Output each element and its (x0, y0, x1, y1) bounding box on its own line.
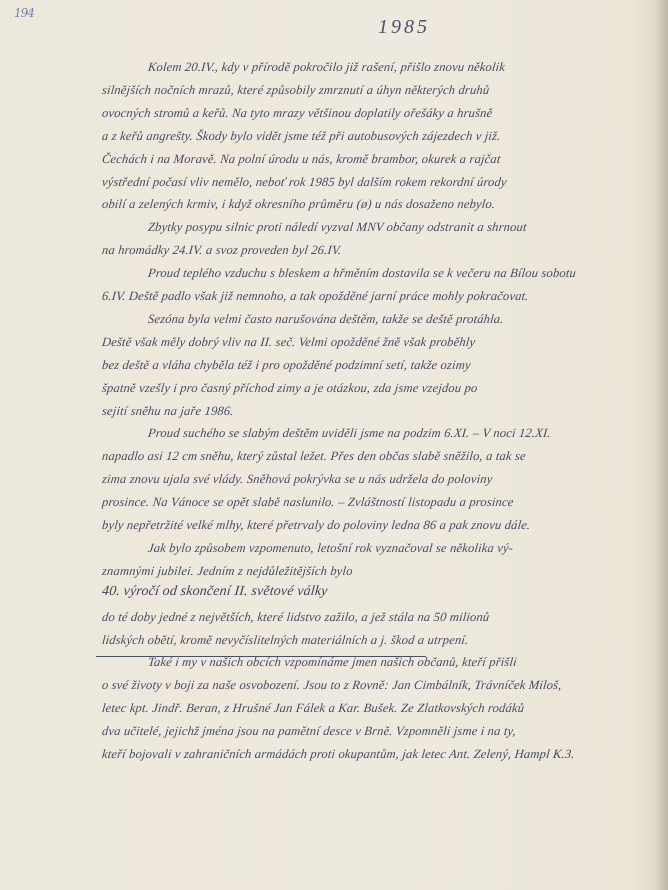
page-number: 194 (14, 6, 34, 20)
text-line: Proud suchého se slabým deštěm uviděli j… (147, 426, 655, 441)
text-line: obilí a zelených krmiv, i když okresního… (101, 197, 655, 212)
text-line: prosince. Na Vánoce se opět slabě naslun… (101, 495, 655, 510)
text-line: letec kpt. Jindř. Beran, z Hrušné Jan Fá… (101, 701, 655, 716)
text-line: silnějších nočních mrazů, které způsobil… (101, 83, 655, 98)
text-line: výstřední počasí vliv nemělo, neboť rok … (101, 175, 655, 190)
text-line: Sezóna byla velmi často narušována deště… (147, 312, 655, 327)
text-line: špatně vzešly i pro časný příchod zimy a… (101, 381, 655, 396)
text-line: o své životy v boji za naše osvobození. … (101, 678, 655, 693)
text-line: Také i my v našich obcích vzpomínáme jme… (147, 655, 655, 670)
chronicle-page: 194 1985 Kolem 20.IV., kdy v přírodě pok… (0, 0, 668, 890)
text-line: 6.IV. Deště padlo však již nemnoho, a ta… (101, 289, 655, 304)
year-heading: 1985 (378, 16, 430, 39)
text-line: do té doby jedné z největších, které lid… (101, 610, 655, 625)
text-line: byly nepřetržité velké mlhy, které přetr… (101, 518, 655, 533)
text-line: ovocných stromů a keřů. Na tyto mrazy vě… (101, 106, 655, 121)
heading-underline (96, 656, 426, 657)
text-line: lidských obětí, kromě nevyčíslitelných m… (101, 633, 655, 648)
text-line: na hromádky 24.IV. a svoz proveden byl 2… (101, 243, 655, 258)
text-line: Kolem 20.IV., kdy v přírodě pokročilo ji… (147, 60, 655, 75)
text-line: napadlo asi 12 cm sněhu, který zůstal le… (101, 449, 655, 464)
text-line: Zbytky posypu silnic proti náledí vyzval… (147, 220, 655, 235)
text-line: Proud teplého vzduchu s bleskem a hřmění… (147, 266, 655, 281)
text-line: Deště však měly dobrý vliv na II. seč. V… (101, 335, 655, 350)
text-line: a z keřů angrešty. Škody bylo vidět jsme… (101, 129, 655, 144)
text-line: kteří bojovali v zahraničních armádách p… (101, 747, 655, 762)
text-line: dva učitelé, jejichž jména jsou na pamět… (101, 724, 655, 739)
text-line: bez deště a vláha chyběla též i pro opož… (101, 358, 655, 373)
text-line: Čechách i na Moravě. Na polní úrodu u ná… (101, 152, 655, 167)
section-heading: 40. výročí od skončení II. světové války (101, 584, 655, 600)
text-line: Jak bylo způsobem vzpomenuto, letošní ro… (147, 541, 655, 556)
text-line: znamnými jubilei. Jedním z nejdůležitějš… (101, 564, 655, 579)
text-line: sejití sněhu na jaře 1986. (101, 404, 655, 419)
text-line: zima znovu ujala své vlády. Sněhová pokr… (101, 472, 655, 487)
